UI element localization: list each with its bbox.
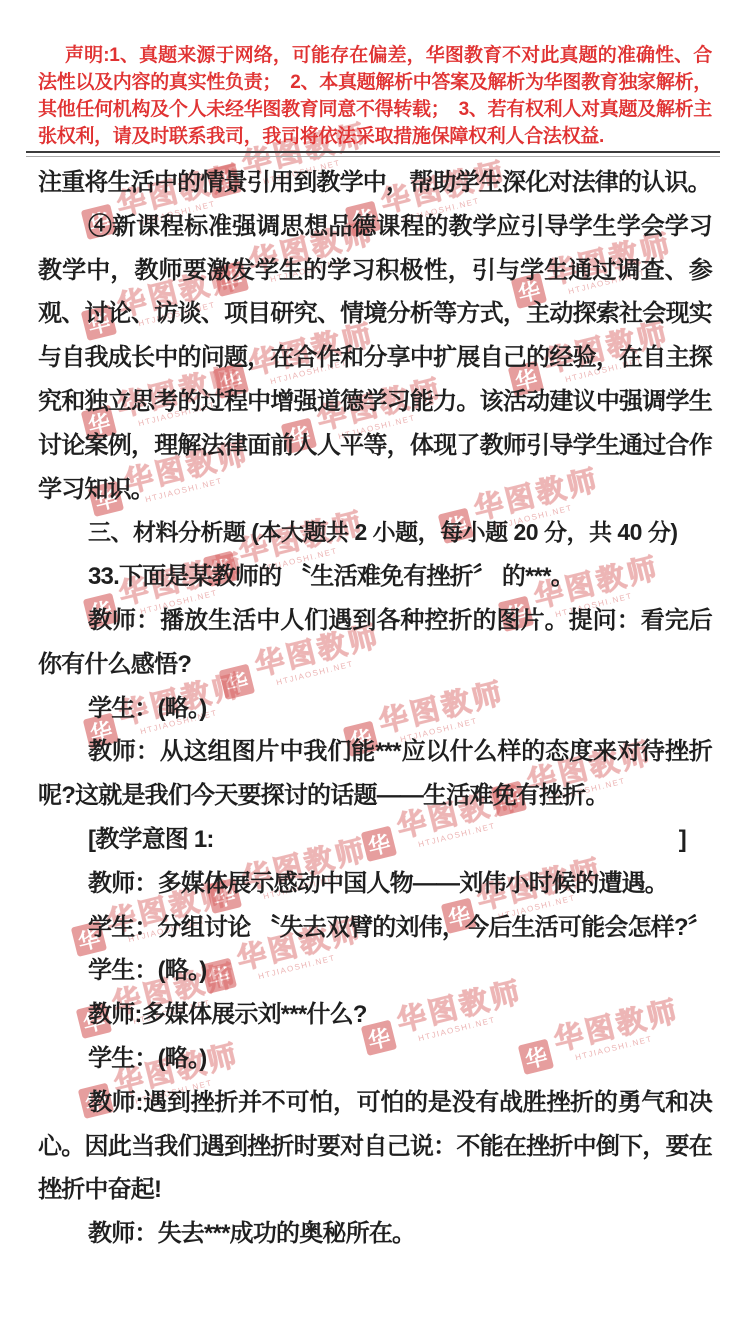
- section-divider-line: [26, 151, 720, 157]
- paragraph-point-4: ④新课程标准强调思想品德课程的教学应引导学生学会学习教学中，教师要激发学生的学习…: [38, 205, 712, 512]
- paragraph-continuation: 注重将生活中的情景引用到教学中，帮助学生深化对法律的认识。: [38, 161, 712, 205]
- question-33-stem: 33.下面是某教师的 〝生活难免有挫折〞 的***。: [38, 555, 712, 599]
- dialog-student-line: 学生：分组讨论 〝失去双臂的刘伟，今后生活可能会怎样?〞: [38, 906, 712, 950]
- disclaimer-label: 声明:: [65, 45, 109, 66]
- dialog-student-line: 学生：(略。): [38, 687, 712, 731]
- disclaimer-text: 1、真题来源于网络，可能存在偏差，华图教育不对此真题的准确性、合法性以及内容的真…: [38, 45, 712, 147]
- document-page: 华 华图教师 HTJIAOSHI.NET 华 华图教师 HTJIAOSHI.NE…: [0, 0, 748, 1335]
- dialog-teacher-line: 教师：失去***成功的奥秘所在。: [38, 1212, 712, 1256]
- dialog-teacher-line: 教师：多媒体展示感动中国人物——刘伟小时候的遭遇。: [38, 862, 712, 906]
- disclaimer-notice: 声明:1、真题来源于网络，可能存在偏差，华图教育不对此真题的准确性、合法性以及内…: [38, 42, 712, 150]
- dialog-teacher-line: 教师:多媒体展示刘***什么?: [38, 993, 712, 1037]
- dialog-student-line: 学生：(略。): [38, 949, 712, 993]
- document-body: 注重将生活中的情景引用到教学中，帮助学生深化对法律的认识。 ④新课程标准强调思想…: [38, 161, 712, 1256]
- dialog-student-line: 学生：(略。): [38, 1037, 712, 1081]
- bracket-left-text: [教学意图 1:: [88, 818, 214, 862]
- dialog-teacher-line: 教师：从这组图片中我们能***应以什么样的态度来对待挫折呢?这就是我们今天要探讨…: [38, 730, 712, 818]
- dialog-teacher-line: 教师：播放生活中人们遇到各种控折的图片。提问：看完后你有什么感悟?: [38, 599, 712, 687]
- teaching-intent-bracket-line: [教学意图 1:]: [38, 818, 712, 862]
- dialog-teacher-line: 教师:遇到挫折并不可怕，可怕的是没有战胜挫折的勇气和决心。因此当我们遇到挫折时要…: [38, 1081, 712, 1212]
- section-heading-material-analysis: 三、材料分析题 (本大题共 2 小题，每小题 20 分，共 40 分): [38, 511, 712, 555]
- bracket-right-text: ]: [679, 818, 712, 862]
